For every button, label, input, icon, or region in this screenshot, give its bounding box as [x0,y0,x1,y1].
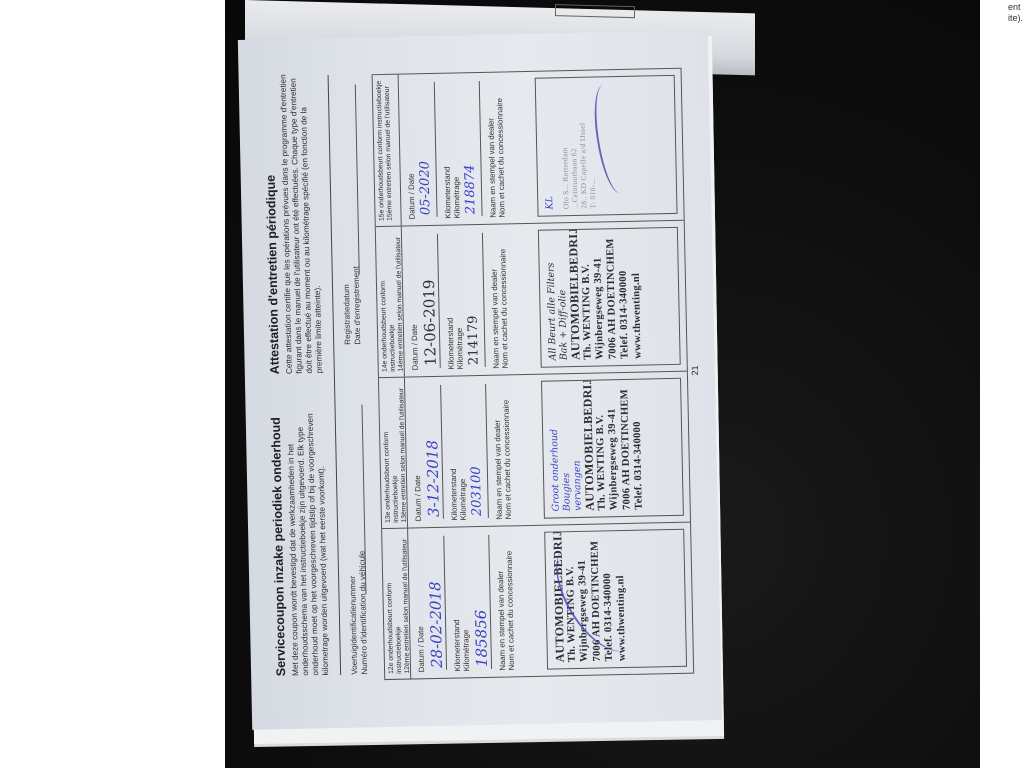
date-label: Datum / Date [414,534,426,672]
dealer-label: Naam en stempel van dealerNom et cachet … [489,230,510,368]
adjacent-page-edge-text: ent ite). [1008,2,1023,24]
km-label: KilometerstandKilométrage [441,79,462,218]
background-left [0,0,225,768]
km-label-fr: Kilométrage [459,533,471,671]
stamp-line: Telef. 0314-340000 [631,386,646,510]
coupon-header-fr: 15ème entretien selon manuel de l'utilis… [384,80,395,221]
dealer-stamp: All Beurt alle Filters Bak + Diff-olie A… [538,227,681,368]
page-header: Servicecoupon inzake periodiek onderhoud… [253,63,346,705]
dealer-stamp: AUTOMOBIELBEDRIJF Th. WENTING B.V. Wijnb… [544,529,687,670]
service-booklet-page: Servicecoupon inzake periodiek onderhoud… [238,30,722,730]
stamp-text: Olo S... Rotterdam ...Ceintuurbaan 62 28… [559,84,598,210]
header-dutch: Servicecoupon inzake periodiek onderhoud… [268,385,331,676]
km-label: KilometerstandKilométrage [447,382,468,520]
stamp-text: AUTOMOBIELBEDRIJF Th. WENTING B.V. Wijnb… [567,235,645,361]
coupon-header: 12e onderhoudsbeurt conform instructiebo… [382,529,411,680]
date-label: Datum / Date [411,383,423,521]
date-label: Datum / Date [408,232,420,370]
date-label: Datum / Date [405,80,417,219]
coupon-15: 15e onderhoudsbeurt conform instructiebo… [373,69,684,226]
coupon-header: 13e onderhoudsbeurt conform instructiebo… [379,378,408,529]
stamp-line: AUTOMOBIELBEDRIJF [581,387,596,511]
coupon-header: 14e onderhoudsbeurt conform instructiebo… [376,227,405,378]
registration-date-label: Registratiedatum Date d'enregistrement [342,266,363,345]
coupon-header-fr: 13ème entretien selon manuel de l'utilis… [398,383,409,523]
stamp-line: AUTOMOBIELBEDRIJF [567,236,582,360]
dealer-label-fr: Nom et cachet du concessionnaire [495,78,507,217]
dealer-label-fr: Nom et cachet du concessionnaire [498,230,510,368]
intro-french: Cette attestation certifie que les opéra… [279,73,325,374]
background-right [980,0,1024,768]
km-label-fr: Kilométrage [456,382,468,520]
header-french: Attestation d'entretien périodique Cette… [262,73,325,374]
handwritten-initials: KL [542,84,556,209]
coupon-header-fr: 12ème entretien selon manuel de l'utilis… [401,534,412,674]
coupon-12: 12e onderhoudsbeurt conform instructiebo… [382,522,693,679]
reg-label-fr: Date d'enregistrement [351,266,362,345]
coupon-header: 15e onderhoudsbeurt conform instructiebo… [373,75,402,227]
stamp-line: www.thwenting.nl [629,235,644,359]
previous-page-box [555,4,635,18]
registration-date-field [355,85,360,275]
dealer-label-fr: Nom et cachet du concessionnaire [501,381,513,519]
km-label-fr: Kilométrage [453,231,465,369]
dealer-stamp: KL Olo S... Rotterdam ...Ceintuurbaan 62… [535,75,678,217]
dealer-label: Naam en stempel van dealerNom et cachet … [486,78,507,217]
coupon-14: 14e onderhoudsbeurt conform instructiebo… [376,220,687,377]
page-number: 21 [690,365,700,375]
dealer-stamp: Groot onderhoud Bougies vervangen AUTOMO… [541,378,684,519]
stamp-text: AUTOMOBIELBEDRIJF Th. WENTING B.V. Wijnb… [581,386,646,511]
dealer-label-fr: Nom et cachet du concessionnaire [504,532,516,670]
km-label: KilometerstandKilométrage [450,533,471,671]
dealer-label: Naam en stempel van dealerNom et cachet … [495,532,516,670]
handwritten-note: Groot onderhoud Bougies vervangen [548,387,584,512]
coupon-header-fr: 14ème entretien selon manuel de l'utilis… [395,232,406,372]
dealer-label: Naam en stempel van dealerNom et cachet … [492,381,513,519]
coupon-13: 13e onderhoudsbeurt conform instructiebo… [379,371,690,528]
km-label: KilometerstandKilométrage [444,231,465,369]
km-label-fr: Kilométrage [450,79,462,218]
intro-dutch: Met deze coupon wordt bevestigd dat de w… [285,385,331,676]
service-coupon-grid: 12e onderhoudsbeurt conform instructiebo… [372,68,695,680]
page-content: Servicecoupon inzake periodiek onderhoud… [253,55,706,704]
vin-label-fr: Numéro d'identification du véhicule [357,551,369,675]
